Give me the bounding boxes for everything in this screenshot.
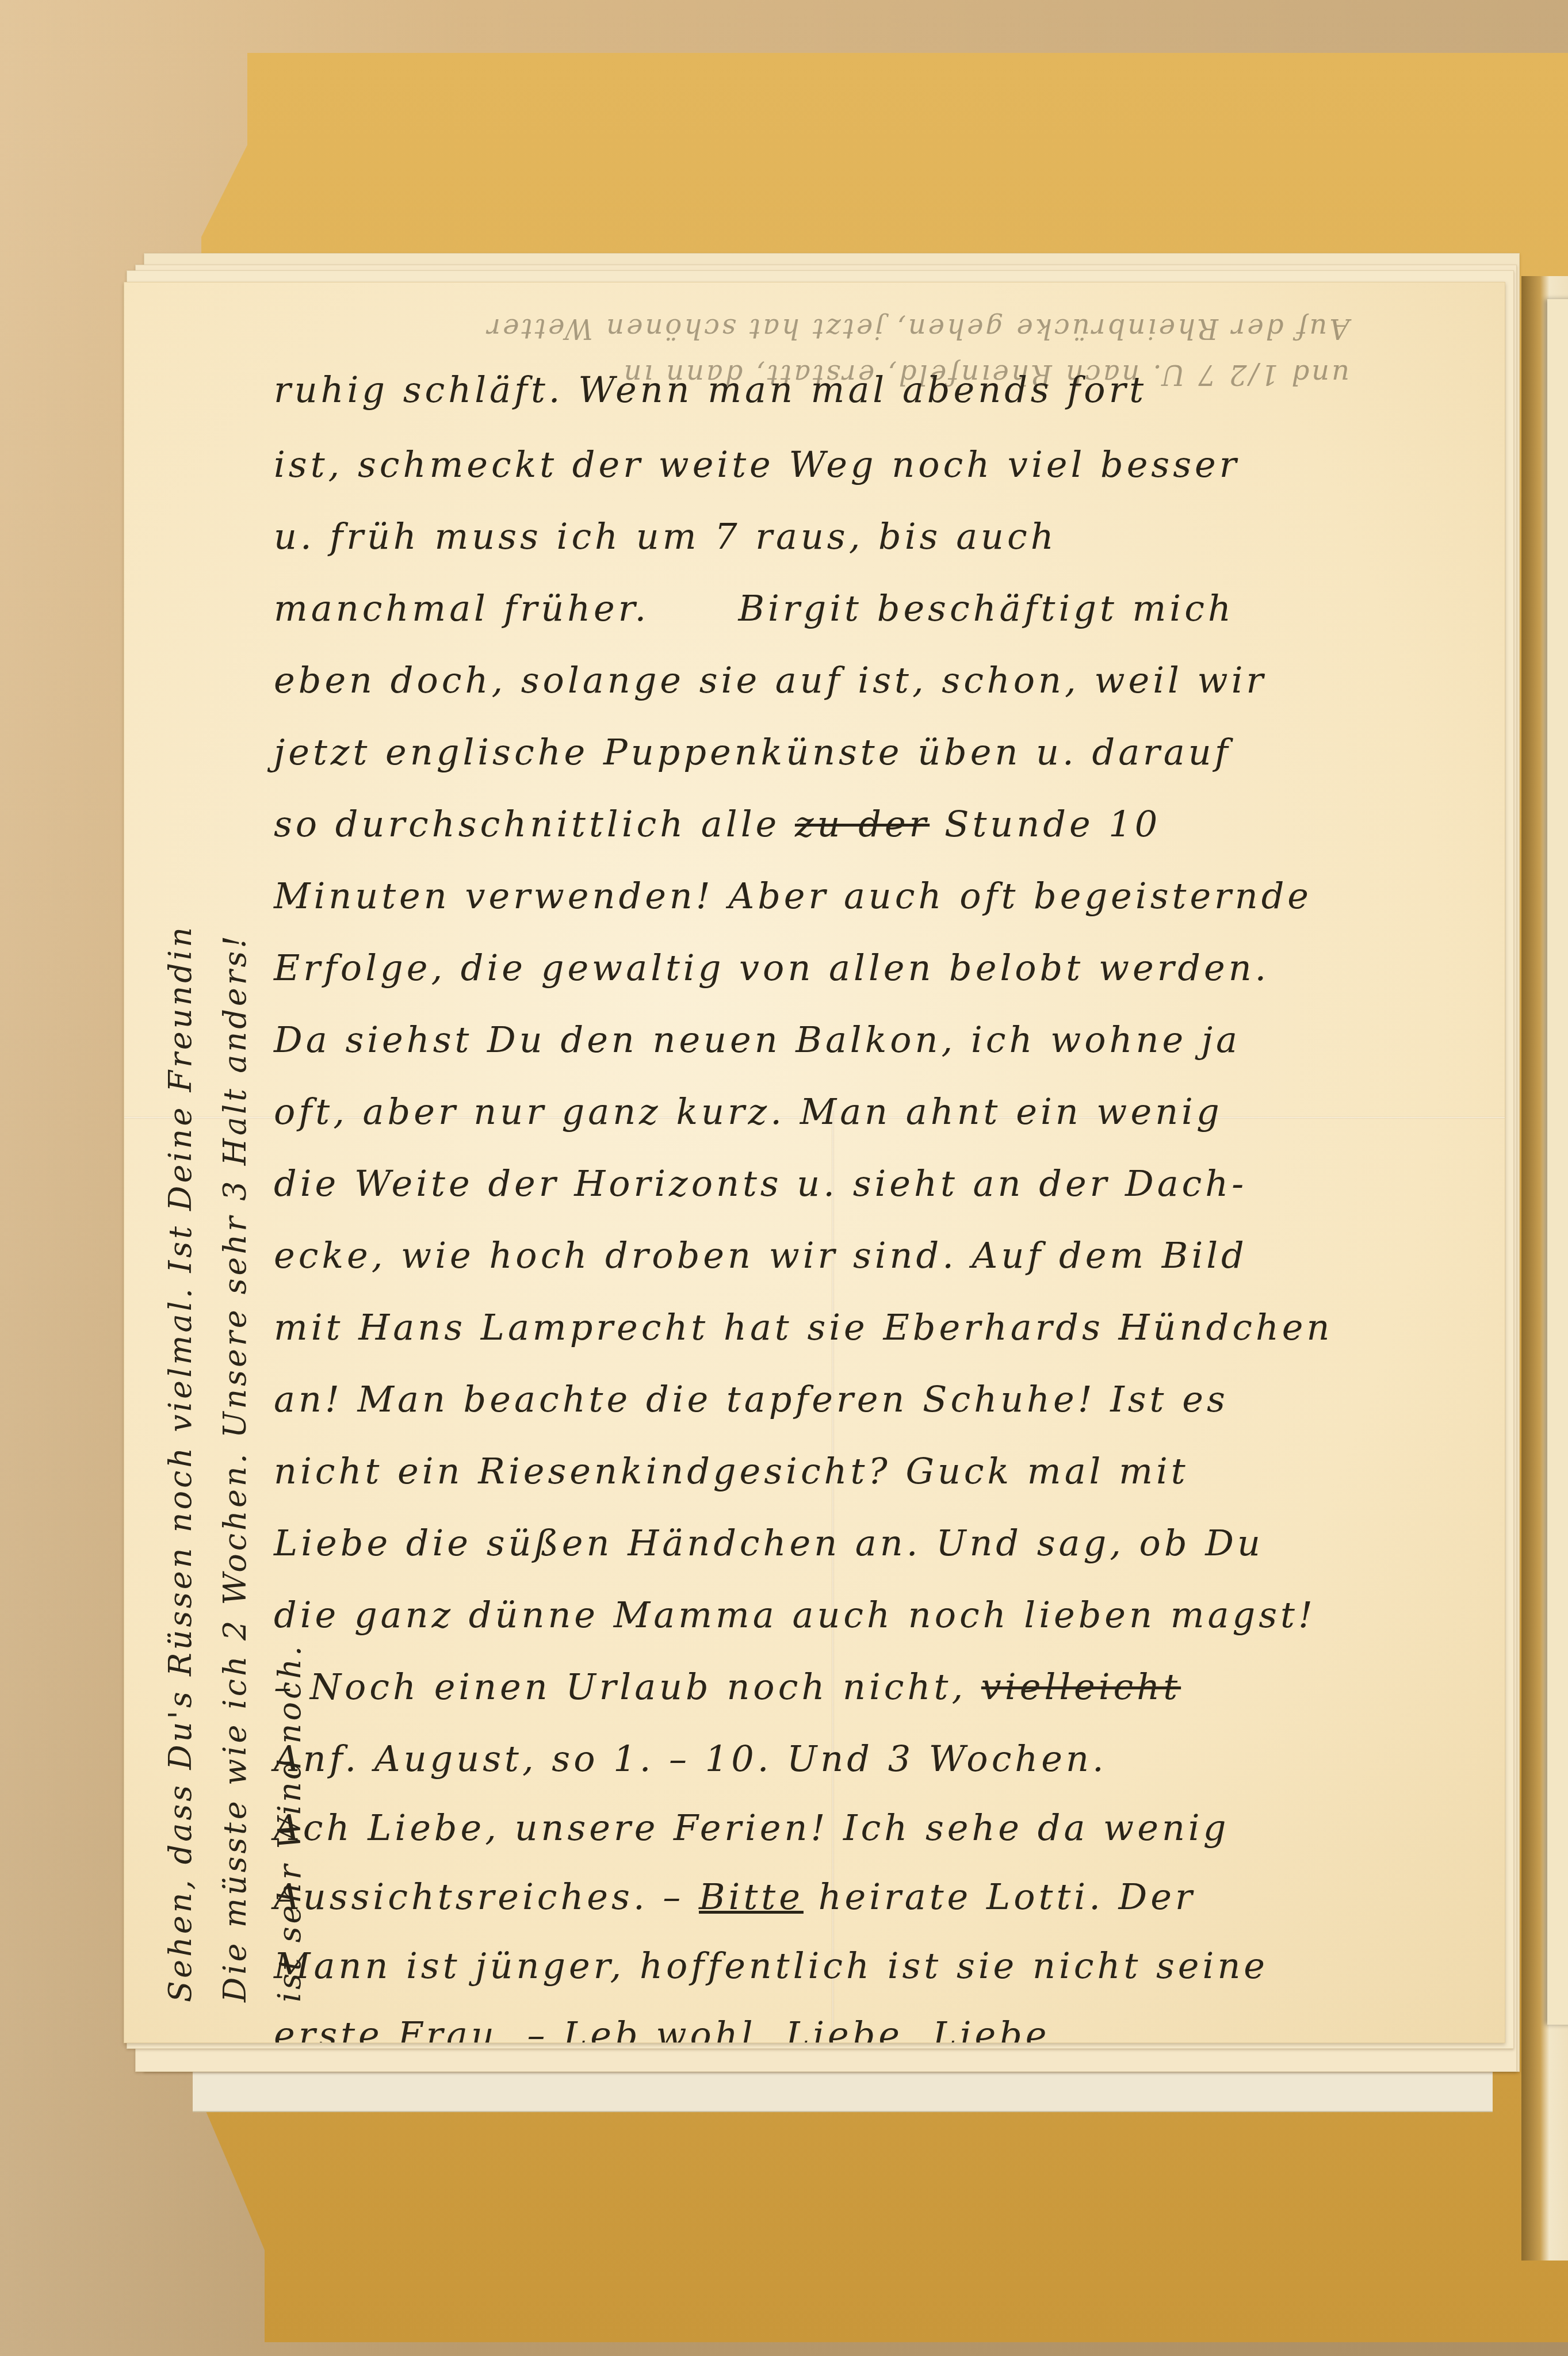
letter-line: jetzt englische Puppenkünste üben u. dar… bbox=[274, 731, 1232, 783]
letter-line: Erfolge, die gewaltig von allen belobt w… bbox=[274, 947, 1269, 999]
letter-line: an! Man beachte die tapferen Schuhe! Ist… bbox=[274, 1378, 1229, 1430]
letter-line: Minuten verwenden! Aber auch oft begeist… bbox=[274, 875, 1312, 927]
struck-word: vielleicht bbox=[981, 1666, 1181, 1708]
letter-line: mit Hans Lamprecht hat sie Eberhards Hün… bbox=[274, 1306, 1333, 1358]
letter-line: manchmal früher. Birgit beschäftigt mich bbox=[274, 587, 1234, 639]
letter-line: nicht ein Riesenkindgesicht? Guck mal mi… bbox=[274, 1450, 1189, 1502]
letter-line: ruhig schläft. Wenn man mal abends fort bbox=[274, 369, 1147, 420]
margin-note-line: Sehen, dass Du's Rüssen noch vielmal. Is… bbox=[153, 449, 208, 2002]
letter-line: oft, aber nur ganz kurz. Man ahnt ein we… bbox=[274, 1091, 1223, 1142]
letter-line: – Noch einen Urlaub noch nicht, vielleic… bbox=[274, 1666, 1181, 1718]
struck-word: zu der bbox=[795, 803, 930, 845]
letter-line: u. früh muss ich um 7 raus, bis auch bbox=[274, 515, 1057, 567]
margin-note-line: ist sehr Wind noch. bbox=[262, 449, 317, 2002]
letter-line: ist, schmeckt der weite Weg noch viel be… bbox=[274, 443, 1240, 495]
letter-line: eben doch, solange sie auf ist, schon, w… bbox=[274, 659, 1267, 711]
vertical-margin-note: Sehen, dass Du's Rüssen noch vielmal. Is… bbox=[153, 449, 317, 2002]
letter-page: und 1/2 7 U. nach Rheinfeld, erstatt, da… bbox=[124, 282, 1505, 2043]
letter-line: Ach Liebe, unsere Ferien! Ich sehe da we… bbox=[274, 1807, 1229, 1858]
letter-line: Aussichtsreiches. – Bitte heirate Lotti.… bbox=[274, 1876, 1196, 1927]
letter-line: Da siehst Du den neuen Balkon, ich wohne… bbox=[274, 1019, 1241, 1070]
adjacent-page-edge bbox=[1547, 299, 1568, 2025]
letter-line: die ganz dünne Mamma auch noch lieben ma… bbox=[274, 1594, 1316, 1646]
letter-line: erste Frau. – Leb wohl, Liebe, Liebe. bbox=[274, 2014, 1065, 2043]
underlined-word: Bitte bbox=[699, 1876, 804, 1918]
letter-line: so durchschnittlich alle zu der Stunde 1… bbox=[274, 803, 1161, 855]
margin-note-line: Die müsste wie ich 2 Wochen. Unsere sehr… bbox=[208, 449, 262, 2002]
letter-line: ecke, wie hoch droben wir sind. Auf dem … bbox=[274, 1234, 1248, 1286]
postscript-line: Auf der Rheinbrücke gehen, jetzt hat sch… bbox=[199, 305, 1349, 351]
letter-line: die Weite der Horizonts u. sieht an der … bbox=[274, 1162, 1247, 1214]
letter-line: Mann ist jünger, hoffentlich ist sie nic… bbox=[274, 1945, 1268, 1997]
letter-line: Liebe die süßen Händchen an. Und sag, ob… bbox=[274, 1522, 1264, 1574]
letter-line: Anf. August, so 1. – 10. Und 3 Wochen. bbox=[274, 1738, 1107, 1789]
